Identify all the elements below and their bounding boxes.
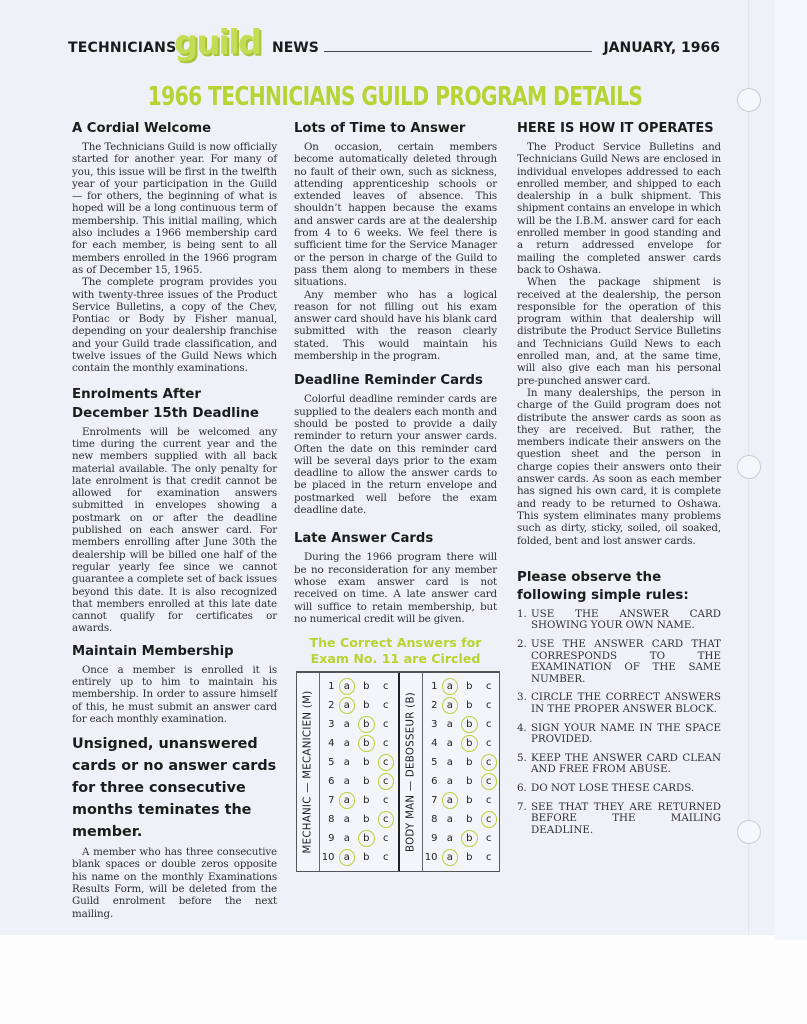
section-rules: Please observe the following simple rule… — [517, 569, 721, 837]
mechanic-rows: 1abc2abc3abc4abc5abc6abc7abc8abc9abc10ab… — [321, 677, 397, 867]
answer-option: a — [442, 830, 458, 847]
answer-row: 10abc — [321, 848, 397, 867]
correct-answer-circle: a — [339, 678, 355, 695]
punch-hole-middle — [737, 455, 761, 479]
paragraph: During the 1966 program there will be no… — [294, 551, 497, 625]
question-number: 9 — [424, 833, 438, 844]
answers-title: The Correct Answers for Exam No. 11 are … — [294, 635, 497, 667]
rule-item: 7.SEE THAT THEY ARE RETURNED BEFORE THE … — [517, 802, 721, 837]
answer-option: c — [481, 792, 497, 809]
answer-option: c — [481, 716, 497, 733]
correct-answer-circle: b — [358, 735, 374, 752]
question-number: 2 — [424, 700, 438, 711]
rule-text: CIRCLE THE CORRECT ANSWERS IN THE PROPER… — [531, 692, 721, 715]
answers-title-line1: The Correct Answers for — [294, 635, 497, 651]
section-heading: Unsigned, unanswered cards or no answer … — [72, 733, 277, 843]
answer-option: c — [378, 830, 394, 847]
rule-item: 2.USE THE ANSWER CARD THAT CORRESPONDS T… — [517, 639, 721, 685]
answer-key-box: MECHANIC — MECANICIEN (M) 1abc2abc3abc4a… — [296, 671, 500, 872]
rule-number: 4. — [517, 723, 531, 746]
section-deadline-reminder: Deadline Reminder Cards Colorful deadlin… — [294, 372, 497, 516]
rule-number: 5. — [517, 753, 531, 776]
paragraph: The complete program provides you with t… — [72, 276, 277, 374]
question-number: 2 — [321, 700, 335, 711]
section-heading: Please observe the following simple rule… — [517, 569, 721, 605]
page-title: 1966 TECHNICIANS GUILD PROGRAM DETAILS — [87, 82, 703, 112]
rule-item: 5.KEEP THE ANSWER CARD CLEAN AND FREE FR… — [517, 753, 721, 776]
question-number: 3 — [321, 719, 335, 730]
correct-answer-circle: c — [378, 754, 394, 771]
answer-option: a — [339, 830, 355, 847]
paragraph: The Product Service Bulletins and Techni… — [517, 141, 721, 276]
rule-text: DO NOT LOSE THESE CARDS. — [531, 783, 721, 795]
question-number: 3 — [424, 719, 438, 730]
answer-row: 9abc — [424, 829, 500, 848]
section-heading: Maintain Membership — [72, 643, 277, 661]
punch-hole-top — [737, 88, 761, 112]
answer-row: 3abc — [424, 715, 500, 734]
answer-option: c — [481, 697, 497, 714]
rule-text: USE THE ANSWER CARD THAT CORRESPONDS TO … — [531, 639, 721, 685]
section-heading: Deadline Reminder Cards — [294, 372, 497, 390]
answer-option: a — [442, 811, 458, 828]
correct-answer-circle: b — [358, 830, 374, 847]
rule-number: 2. — [517, 639, 531, 685]
paragraph: A member who has three consecutive blank… — [72, 846, 277, 920]
answer-option: b — [358, 792, 374, 809]
paragraph: Enrolments will be welcomed any time dur… — [72, 426, 277, 635]
answer-row: 9abc — [321, 829, 397, 848]
question-number: 6 — [321, 776, 335, 787]
answer-option: b — [461, 849, 477, 866]
answer-row: 5abc — [321, 753, 397, 772]
rule-item: 4.SIGN YOUR NAME IN THE SPACE PROVIDED. — [517, 723, 721, 746]
answer-row: 4abc — [321, 734, 397, 753]
mechanic-label-cell: MECHANIC — MECANICIEN (M) — [297, 673, 320, 871]
answer-row: 2abc — [321, 696, 397, 715]
answer-row: 10abc — [424, 848, 500, 867]
answer-option: b — [358, 773, 374, 790]
question-number: 10 — [321, 852, 335, 863]
answer-row: 6abc — [424, 772, 500, 791]
answer-row: 1abc — [321, 677, 397, 696]
rule-number: 1. — [517, 609, 531, 632]
answer-option: a — [442, 773, 458, 790]
correct-answer-circle: b — [461, 716, 477, 733]
answer-option: b — [358, 811, 374, 828]
question-number: 10 — [424, 852, 438, 863]
answer-row: 5abc — [424, 753, 500, 772]
answer-option: c — [378, 792, 394, 809]
issue-date: JANUARY, 1966 — [603, 40, 720, 56]
answer-option: b — [358, 754, 374, 771]
answer-row: 8abc — [321, 810, 397, 829]
body-man-rows: 1abc2abc3abc4abc5abc6abc7abc8abc9abc10ab… — [424, 677, 500, 867]
answer-option: a — [339, 754, 355, 771]
correct-answer-circle: a — [339, 792, 355, 809]
answer-row: 4abc — [424, 734, 500, 753]
question-number: 7 — [321, 795, 335, 806]
rule-text: USE THE ANSWER CARD SHOWING YOUR OWN NAM… — [531, 609, 721, 632]
correct-answer-circle: b — [358, 716, 374, 733]
answer-option: b — [461, 678, 477, 695]
question-number: 6 — [424, 776, 438, 787]
answer-option: b — [461, 811, 477, 828]
rule-item: 6.DO NOT LOSE THESE CARDS. — [517, 783, 721, 795]
rule-text: SIGN YOUR NAME IN THE SPACE PROVIDED. — [531, 723, 721, 746]
section-heading: Lots of Time to Answer — [294, 120, 497, 138]
answer-option: c — [481, 830, 497, 847]
answer-option: a — [339, 773, 355, 790]
question-number: 9 — [321, 833, 335, 844]
rule-number: 3. — [517, 692, 531, 715]
section-maintain-membership: Maintain Membership Once a member is enr… — [72, 643, 277, 725]
section-late-answer-cards: Late Answer Cards During the 1966 progra… — [294, 530, 497, 625]
correct-answer-circle: c — [378, 773, 394, 790]
rule-item: 1.USE THE ANSWER CARD SHOWING YOUR OWN N… — [517, 609, 721, 632]
guild-logo: guild — [174, 28, 262, 64]
newsletter-page: TECHNICIANS guild NEWS JANUARY, 1966 196… — [0, 0, 775, 935]
rules-list: 1.USE THE ANSWER CARD SHOWING YOUR OWN N… — [517, 609, 721, 837]
rule-number: 6. — [517, 783, 531, 795]
section-how-it-operates: HERE IS HOW IT OPERATES The Product Serv… — [517, 120, 721, 547]
correct-answer-circle: a — [442, 792, 458, 809]
correct-answer-circle: a — [442, 678, 458, 695]
answer-option: b — [358, 697, 374, 714]
mechanic-label: MECHANIC — MECANICIEN (M) — [303, 691, 314, 854]
answer-row: 2abc — [424, 696, 500, 715]
masthead-news: NEWS — [272, 40, 319, 56]
page-edge — [775, 0, 807, 940]
answer-option: c — [481, 849, 497, 866]
answer-option: b — [461, 754, 477, 771]
question-number: 4 — [424, 738, 438, 749]
paragraph: Colorful deadline reminder cards are sup… — [294, 393, 497, 516]
answer-option: a — [339, 716, 355, 733]
rule-item: 3.CIRCLE THE CORRECT ANSWERS IN THE PROP… — [517, 692, 721, 715]
answer-option: b — [358, 678, 374, 695]
section-heading: Late Answer Cards — [294, 530, 497, 548]
rule-text: KEEP THE ANSWER CARD CLEAN AND FREE FROM… — [531, 753, 721, 776]
answer-row: 7abc — [321, 791, 397, 810]
column-2: Lots of Time to Answer On occasion, cert… — [294, 120, 497, 872]
masthead: TECHNICIANS guild NEWS JANUARY, 1966 — [68, 28, 720, 68]
correct-answer-circle: a — [442, 697, 458, 714]
punch-hole-bottom — [737, 820, 761, 844]
correct-answer-circle: c — [378, 811, 394, 828]
answer-option: a — [339, 735, 355, 752]
body-man-label: BODY MAN — DEBOSSEUR (B) — [406, 692, 417, 852]
section-lots-of-time: Lots of Time to Answer On occasion, cert… — [294, 120, 497, 362]
section-heading: HERE IS HOW IT OPERATES — [517, 120, 721, 138]
answers-title-line2: Exam No. 11 are Circled — [294, 651, 497, 667]
answer-option: b — [461, 773, 477, 790]
section-heading: Enrolments After December 15th Deadline — [72, 385, 277, 423]
rule-text: SEE THAT THEY ARE RETURNED BEFORE THE MA… — [531, 802, 721, 837]
correct-answer-circle: c — [481, 754, 497, 771]
paragraph: Any member who has a logical reason for … — [294, 289, 497, 363]
column-1: A Cordial Welcome The Technicians Guild … — [72, 120, 277, 928]
answer-option: c — [378, 849, 394, 866]
answer-row: 6abc — [321, 772, 397, 791]
answer-row: 1abc — [424, 677, 500, 696]
answer-option: b — [461, 792, 477, 809]
column-3: HERE IS HOW IT OPERATES The Product Serv… — [517, 120, 721, 844]
answer-option: b — [358, 849, 374, 866]
question-number: 4 — [321, 738, 335, 749]
answer-option: a — [339, 811, 355, 828]
question-number: 1 — [424, 681, 438, 692]
body-man-label-cell: BODY MAN — DEBOSSEUR (B) — [400, 673, 423, 871]
question-number: 8 — [321, 814, 335, 825]
correct-answer-circle: b — [461, 830, 477, 847]
paragraph: On occasion, certain members become auto… — [294, 141, 497, 289]
answer-row: 7abc — [424, 791, 500, 810]
correct-answer-circle: a — [339, 697, 355, 714]
answer-option: b — [461, 697, 477, 714]
answer-row: 3abc — [321, 715, 397, 734]
answer-option: c — [378, 697, 394, 714]
answer-option: a — [442, 735, 458, 752]
question-number: 8 — [424, 814, 438, 825]
answer-option: c — [378, 716, 394, 733]
correct-answer-circle: c — [481, 773, 497, 790]
question-number: 1 — [321, 681, 335, 692]
answer-option: c — [481, 735, 497, 752]
section-cordial-welcome: A Cordial Welcome The Technicians Guild … — [72, 120, 277, 375]
section-unsigned-cards: Unsigned, unanswered cards or no answer … — [72, 733, 277, 920]
paragraph: The Technicians Guild is now officially … — [72, 141, 277, 276]
masthead-rule — [324, 51, 592, 52]
answer-option: c — [378, 678, 394, 695]
answer-option: a — [442, 716, 458, 733]
question-number: 7 — [424, 795, 438, 806]
correct-answer-circle: c — [481, 811, 497, 828]
answer-option: c — [378, 735, 394, 752]
body-man-answers: BODY MAN — DEBOSSEUR (B) 1abc2abc3abc4ab… — [398, 673, 499, 871]
question-number: 5 — [424, 757, 438, 768]
section-heading: A Cordial Welcome — [72, 120, 277, 138]
paragraph: Once a member is enrolled it is entirely… — [72, 664, 277, 725]
mechanic-answers: MECHANIC — MECANICIEN (M) 1abc2abc3abc4a… — [297, 673, 397, 871]
answer-option: a — [442, 754, 458, 771]
answer-row: 8abc — [424, 810, 500, 829]
correct-answer-circle: a — [339, 849, 355, 866]
masthead-technicians: TECHNICIANS — [68, 40, 176, 56]
answer-option: c — [481, 678, 497, 695]
paragraph: When the package shipment is received at… — [517, 276, 721, 387]
correct-answer-circle: b — [461, 735, 477, 752]
question-number: 5 — [321, 757, 335, 768]
section-enrolments: Enrolments After December 15th Deadline … — [72, 385, 277, 635]
paragraph: In many dealerships, the person in charg… — [517, 387, 721, 547]
correct-answer-circle: a — [442, 849, 458, 866]
rule-number: 7. — [517, 802, 531, 837]
